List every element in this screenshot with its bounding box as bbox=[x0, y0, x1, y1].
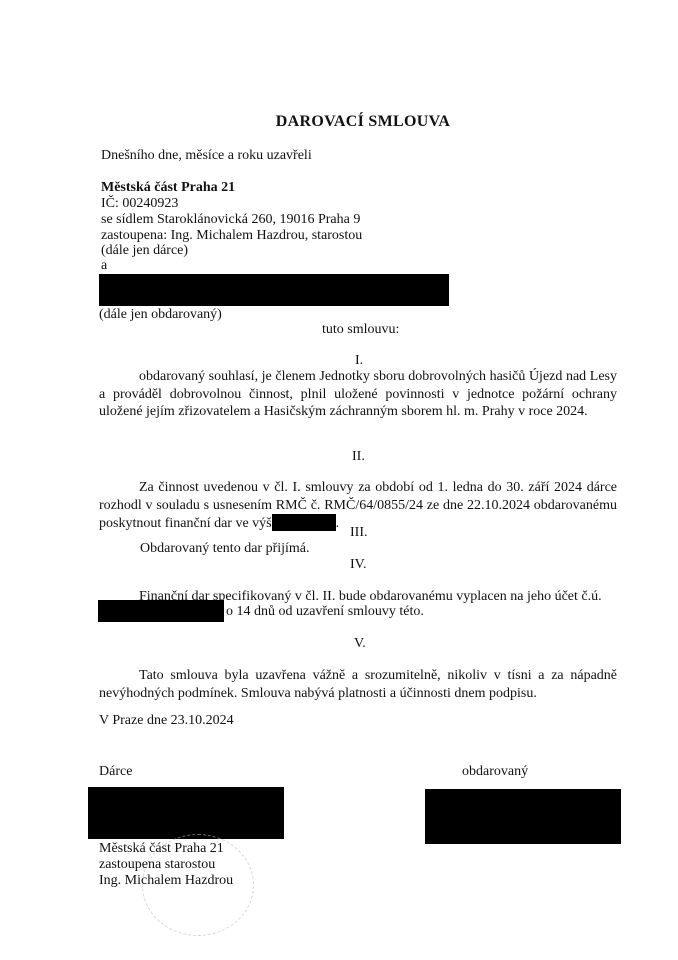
donor-address: se sídlem Staroklánovická 260, 19016 Pra… bbox=[101, 212, 360, 228]
section-number-4: IV. bbox=[350, 557, 366, 573]
redacted-recipient-name bbox=[99, 274, 449, 306]
donor-alias: (dále jen dárce) bbox=[101, 243, 188, 259]
donor-sign-line-1: Městská část Praha 21 bbox=[99, 841, 224, 857]
section-text-4-line2: o 14 dnů od uzavření smlouvy této. bbox=[226, 604, 424, 620]
place-date: V Praze dne 23.10.2024 bbox=[99, 713, 234, 729]
donor-name: Městská část Praha 21 bbox=[101, 180, 235, 196]
recipient-signature-label: obdarovaný bbox=[462, 764, 528, 780]
section-number-3: III. bbox=[350, 525, 368, 541]
conjunction: a bbox=[101, 258, 107, 274]
redacted-account-number bbox=[98, 600, 224, 622]
redacted-amount bbox=[272, 514, 336, 531]
contract-intro: tuto smlouvu: bbox=[322, 322, 399, 338]
donor-ico: IČ: 00240923 bbox=[101, 196, 178, 212]
section-number-1: I. bbox=[355, 353, 363, 369]
document-title: DAROVACÍ SMLOUVA bbox=[0, 114, 678, 130]
donor-signature-label: Dárce bbox=[99, 764, 132, 780]
intro-text: Dnešního dne, měsíce a roku uzavřeli bbox=[101, 148, 312, 164]
section-number-2: II. bbox=[352, 449, 365, 465]
donor-representative: zastoupena: Ing. Michalem Hazdrou, staro… bbox=[101, 228, 362, 244]
recipient-alias: (dále jen obdarovaný) bbox=[99, 307, 222, 323]
section-text-3: Obdarovaný tento dar přijímá. bbox=[140, 541, 310, 557]
redacted-recipient-signature bbox=[425, 789, 621, 844]
section-text-1: obdarovaný souhlasí, je členem Jednotky … bbox=[99, 368, 617, 421]
redacted-donor-signature bbox=[88, 787, 284, 839]
donor-sign-line-3: Ing. Michalem Hazdrou bbox=[99, 873, 233, 889]
donor-sign-line-2: zastoupena starostou bbox=[99, 857, 215, 873]
section-number-5: V. bbox=[354, 636, 366, 652]
section-text-5: Tato smlouva byla uzavřena vážně a srozu… bbox=[99, 667, 617, 702]
